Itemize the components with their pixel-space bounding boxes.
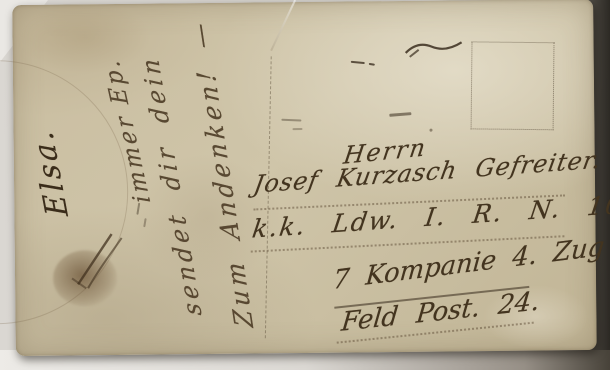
ink-speck	[429, 129, 432, 132]
paper-stain	[20, 0, 151, 75]
ink-speck	[292, 128, 302, 130]
handwriting-recipient-line: Josef Kurzasch Gefreiter.	[252, 145, 604, 198]
ink-speck	[351, 61, 365, 64]
ink-speck	[369, 63, 375, 66]
postcard: Herrn Josef Kurzasch Gefreiter. k.k. Ldw…	[12, 0, 597, 356]
ink-dash-mark	[143, 218, 146, 227]
ink-speck	[389, 112, 411, 116]
ink-scribble-over-smudge	[69, 222, 132, 295]
ink-dash-mark	[136, 203, 140, 215]
ink-scribble-near-stamp	[404, 36, 466, 61]
ink-speck	[281, 119, 301, 122]
stamp-box	[471, 41, 555, 130]
paper-crease	[270, 0, 296, 51]
photo-of-postcard: Herrn Josef Kurzasch Gefreiter. k.k. Ldw…	[0, 0, 610, 370]
